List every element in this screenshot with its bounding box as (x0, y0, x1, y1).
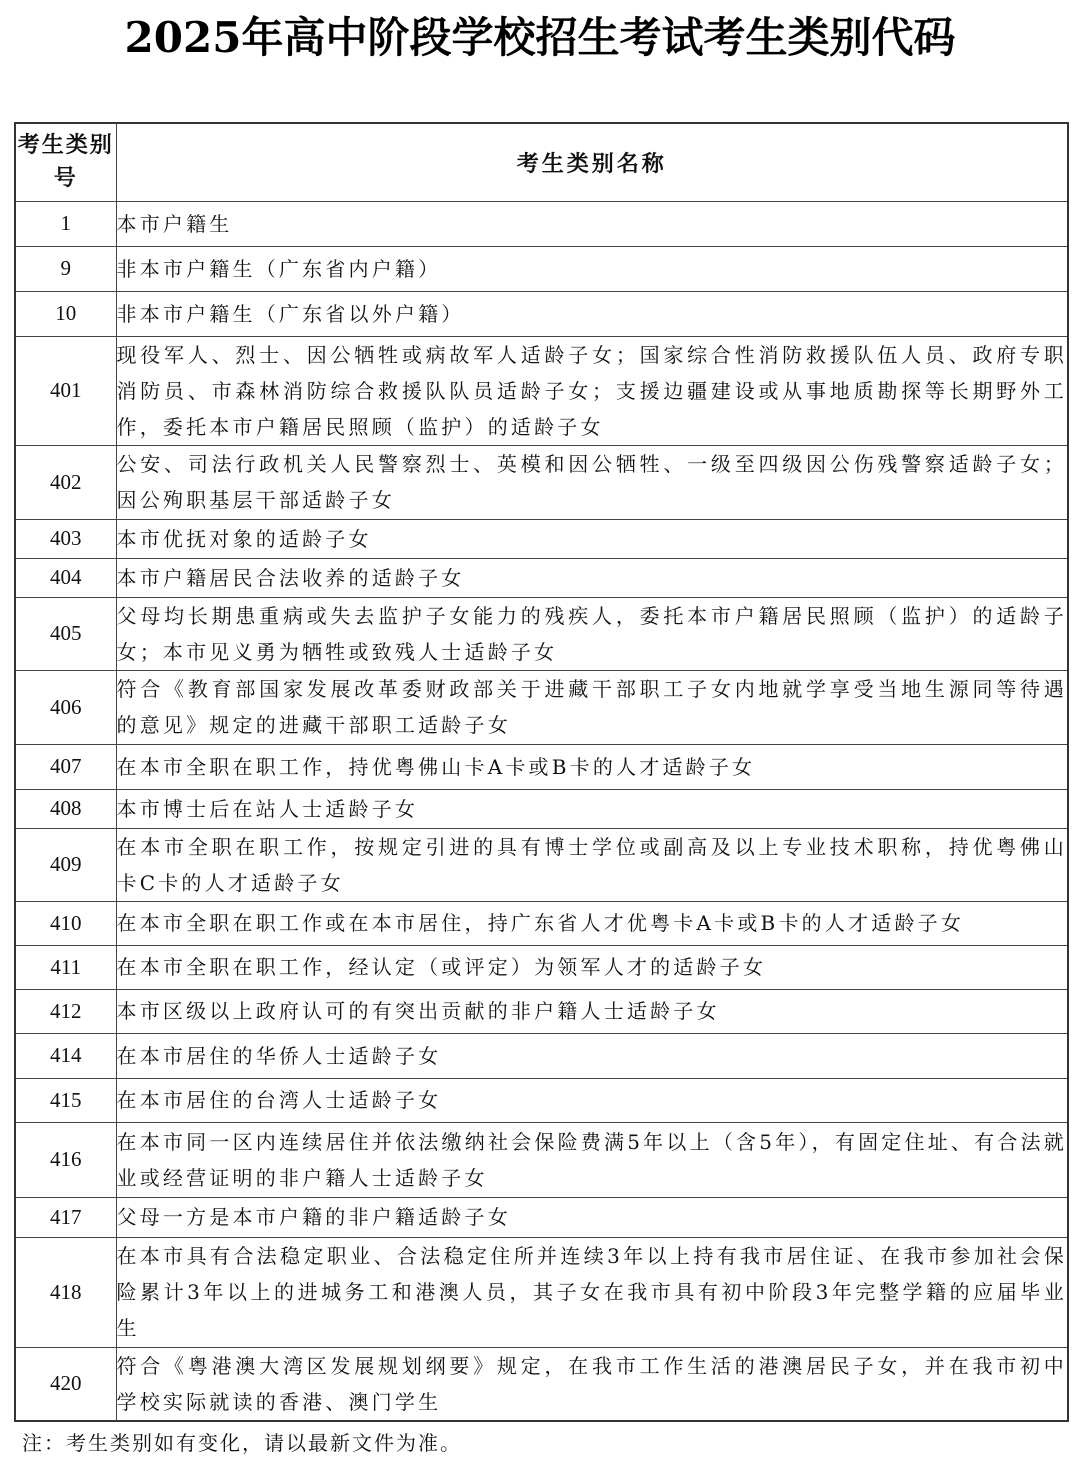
category-code: 406 (15, 670, 116, 744)
table-row: 420符合《粤港澳大湾区发展规划纲要》规定，在我市工作生活的港澳居民子女，并在我… (15, 1347, 1068, 1421)
category-name: 在本市全职在职工作，持优粤佛山卡A卡或B卡的人才适龄子女 (116, 744, 1068, 789)
category-code: 401 (15, 336, 116, 445)
category-code: 414 (15, 1033, 116, 1078)
table-row: 414在本市居住的华侨人士适龄子女 (15, 1033, 1068, 1078)
category-code: 416 (15, 1122, 116, 1197)
category-name: 本市户籍居民合法收养的适龄子女 (116, 558, 1068, 597)
table-row: 416在本市同一区内连续居住并依法缴纳社会保险费满5年以上（含5年），有固定住址… (15, 1122, 1068, 1197)
table-row: 407在本市全职在职工作，持优粤佛山卡A卡或B卡的人才适龄子女 (15, 744, 1068, 789)
category-name: 在本市全职在职工作，经认定（或评定）为领军人才的适龄子女 (116, 945, 1068, 989)
category-code: 9 (15, 246, 116, 291)
category-name: 本市博士后在站人士适龄子女 (116, 789, 1068, 828)
table-row: 404本市户籍居民合法收养的适龄子女 (15, 558, 1068, 597)
table-body: 1本市户籍生9非本市户籍生（广东省内户籍）10非本市户籍生（广东省以外户籍）40… (15, 201, 1068, 1421)
category-code: 412 (15, 989, 116, 1033)
category-name: 在本市居住的台湾人士适龄子女 (116, 1078, 1068, 1122)
table-row: 415在本市居住的台湾人士适龄子女 (15, 1078, 1068, 1122)
table-row: 9非本市户籍生（广东省内户籍） (15, 246, 1068, 291)
category-code: 407 (15, 744, 116, 789)
category-code: 404 (15, 558, 116, 597)
category-name: 在本市同一区内连续居住并依法缴纳社会保险费满5年以上（含5年），有固定住址、有合… (116, 1122, 1068, 1197)
table-row: 401现役军人、烈士、因公牺牲或病故军人适龄子女；国家综合性消防救援队伍人员、政… (15, 336, 1068, 445)
category-code: 411 (15, 945, 116, 989)
category-name: 非本市户籍生（广东省内户籍） (116, 246, 1068, 291)
category-code: 415 (15, 1078, 116, 1122)
category-code: 1 (15, 201, 116, 246)
table-row: 409在本市全职在职工作，按规定引进的具有博士学位或副高及以上专业技术职称，持优… (15, 828, 1068, 901)
category-code: 403 (15, 519, 116, 558)
category-code: 408 (15, 789, 116, 828)
category-code: 410 (15, 901, 116, 945)
category-code: 409 (15, 828, 116, 901)
table-row: 418在本市具有合法稳定职业、合法稳定住所并连续3年以上持有我市居住证、在我市参… (15, 1237, 1068, 1347)
category-name: 父母一方是本市户籍的非户籍适龄子女 (116, 1197, 1068, 1237)
category-name: 非本市户籍生（广东省以外户籍） (116, 291, 1068, 336)
table-row: 1本市户籍生 (15, 201, 1068, 246)
table-row: 412本市区级以上政府认可的有突出贡献的非户籍人士适龄子女 (15, 989, 1068, 1033)
table-row: 406符合《教育部国家发展改革委财政部关于进藏干部职工子女内地就学享受当地生源同… (15, 670, 1068, 744)
category-code-table: 考生类别号 考生类别名称 1本市户籍生9非本市户籍生（广东省内户籍）10非本市户… (14, 122, 1069, 1422)
table-row: 410在本市全职在职工作或在本市居住，持广东省人才优粤卡A卡或B卡的人才适龄子女 (15, 901, 1068, 945)
column-header-code: 考生类别号 (15, 123, 116, 201)
table-row: 10非本市户籍生（广东省以外户籍） (15, 291, 1068, 336)
table-row: 417父母一方是本市户籍的非户籍适龄子女 (15, 1197, 1068, 1237)
category-code: 405 (15, 597, 116, 670)
category-name: 本市户籍生 (116, 201, 1068, 246)
category-name: 父母均长期患重病或失去监护子女能力的残疾人，委托本市户籍居民照顾（监护）的适龄子… (116, 597, 1068, 670)
category-name: 符合《教育部国家发展改革委财政部关于进藏干部职工子女内地就学享受当地生源同等待遇… (116, 670, 1068, 744)
category-name: 本市优抚对象的适龄子女 (116, 519, 1068, 558)
category-code: 10 (15, 291, 116, 336)
table-row: 405父母均长期患重病或失去监护子女能力的残疾人，委托本市户籍居民照顾（监护）的… (15, 597, 1068, 670)
category-code: 420 (15, 1347, 116, 1421)
category-name: 现役军人、烈士、因公牺牲或病故军人适龄子女；国家综合性消防救援队伍人员、政府专职… (116, 336, 1068, 445)
category-code: 402 (15, 445, 116, 519)
document-title: 2025年高中阶段学校招生考试考生类别代码 (0, 8, 1080, 68)
category-code: 417 (15, 1197, 116, 1237)
category-name: 在本市具有合法稳定职业、合法稳定住所并连续3年以上持有我市居住证、在我市参加社会… (116, 1237, 1068, 1347)
category-name: 符合《粤港澳大湾区发展规划纲要》规定，在我市工作生活的港澳居民子女，并在我市初中… (116, 1347, 1068, 1421)
footnote: 注：考生类别如有变化，请以最新文件为准。 (22, 1428, 462, 1458)
table-row: 403本市优抚对象的适龄子女 (15, 519, 1068, 558)
table-row: 402公安、司法行政机关人民警察烈士、英模和因公牺牲、一级至四级因公伤残警察适龄… (15, 445, 1068, 519)
column-header-name: 考生类别名称 (116, 123, 1068, 201)
category-name: 本市区级以上政府认可的有突出贡献的非户籍人士适龄子女 (116, 989, 1068, 1033)
category-name: 在本市全职在职工作，按规定引进的具有博士学位或副高及以上专业技术职称，持优粤佛山… (116, 828, 1068, 901)
category-name: 公安、司法行政机关人民警察烈士、英模和因公牺牲、一级至四级因公伤残警察适龄子女；… (116, 445, 1068, 519)
category-code: 418 (15, 1237, 116, 1347)
table-row: 408本市博士后在站人士适龄子女 (15, 789, 1068, 828)
category-name: 在本市居住的华侨人士适龄子女 (116, 1033, 1068, 1078)
table-header-row: 考生类别号 考生类别名称 (15, 123, 1068, 201)
category-name: 在本市全职在职工作或在本市居住，持广东省人才优粤卡A卡或B卡的人才适龄子女 (116, 901, 1068, 945)
table-row: 411在本市全职在职工作，经认定（或评定）为领军人才的适龄子女 (15, 945, 1068, 989)
